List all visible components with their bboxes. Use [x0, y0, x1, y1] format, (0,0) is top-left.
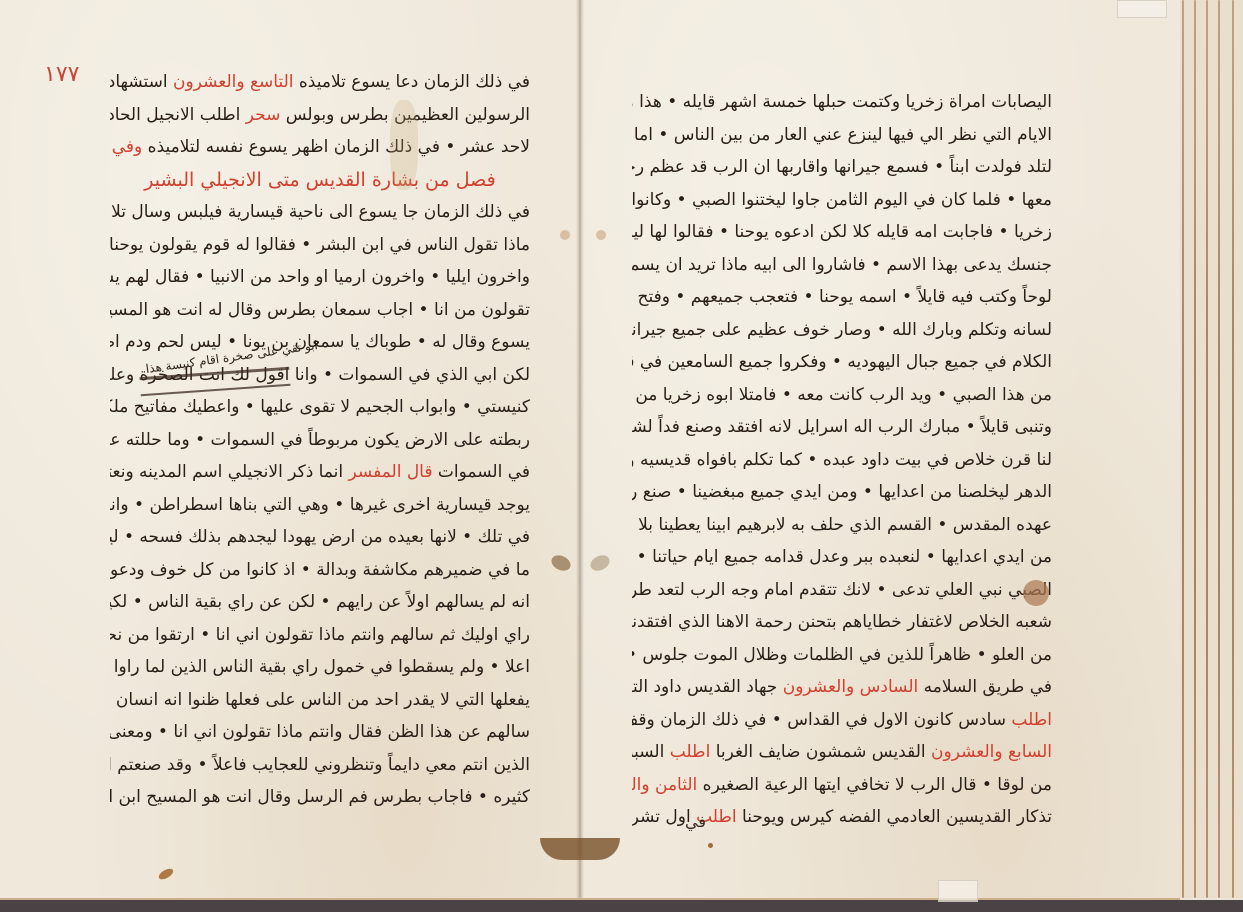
- text-line: لسانه وتكلم وبارك الله • وصار خوف عظيم ع…: [632, 314, 1052, 347]
- body-text: لوحاً وكتب فيه قايلاً • اسمه يوحنا • فتع…: [632, 287, 1052, 307]
- text-line: لوحاً وكتب فيه قايلاً • اسمه يوحنا • فتع…: [632, 281, 1052, 314]
- manuscript-spread: ١٧٧ في ذلك الزمان دعا يسوع تلاميذه التاس…: [0, 0, 1243, 900]
- rubric-text: السادس والعشرون: [783, 677, 919, 697]
- text-line: من ايدي اعدايها • لنعبده ببر وعدل قدامه …: [632, 541, 1052, 574]
- text-line: الكلام في جميع جبال اليهوديه • وفكروا جم…: [632, 346, 1052, 379]
- body-text: كثيره • فاجاب بطرس فم الرسل وقال انت هو …: [110, 787, 530, 807]
- repair-tape: [1117, 0, 1167, 18]
- body-text: يسوع وقال له • طوباك يا سمعان بن يونا • …: [110, 332, 530, 352]
- text-line: اليصابات امراة زخريا وكتمت حبلها خمسة اش…: [632, 86, 1052, 119]
- body-text: القديس شمشون ضايف الغربا: [710, 742, 931, 762]
- section-heading: فصل من بشارة القديس متى الانجيلي البشير: [110, 164, 530, 197]
- body-text: معها • فلما كان في اليوم الثامن جاوا ليخ…: [632, 190, 1052, 210]
- body-text: الايام التي نظر الي فيها لينزع عني العار…: [632, 125, 1052, 145]
- repair-tape: [938, 880, 978, 902]
- body-text: استشهاد: [110, 72, 173, 92]
- text-line: في ذلك الزمان دعا يسوع تلاميذه التاسع وا…: [110, 66, 530, 99]
- text-line: شعبه الخلاص لاغتفار خطاياهم بتحنن رحمة ا…: [632, 606, 1052, 639]
- text-line: الايام التي نظر الي فيها لينزع عني العار…: [632, 119, 1052, 152]
- text-line: كنيستي • وابواب الجحيم لا تقوى عليها • و…: [110, 391, 530, 424]
- body-text: انما ذكر الانجيلي اسم المدينه ونعتها • ل…: [110, 462, 349, 482]
- gutter-stain: [560, 230, 570, 240]
- stain-spot: [157, 867, 175, 882]
- rubric-text: اطلب: [670, 742, 711, 762]
- body-text: راي اوليك ثم سالهم وانتم ماذا تقولون اني…: [110, 625, 530, 645]
- text-line: معها • فلما كان في اليوم الثامن جاوا ليخ…: [632, 184, 1052, 217]
- text-line: في تلك • لانها بعيده من ارض يهودا ليجدهم…: [110, 521, 530, 554]
- folio-number: ١٧٧: [44, 62, 79, 87]
- text-line: في السموات قال المفسر انما ذكر الانجيلي …: [110, 456, 530, 489]
- body-text: جنسك يدعى بهذا الاسم • فاشاروا الى ابيه …: [632, 255, 1052, 275]
- text-line: ماذا تقول الناس في ابن البشر • فقالوا له…: [110, 229, 530, 262]
- water-stain: [390, 100, 418, 190]
- body-text: في طريق السلامه: [918, 677, 1052, 697]
- gutter-stain: [596, 230, 606, 240]
- left-page-text: في ذلك الزمان دعا يسوع تلاميذه التاسع وا…: [110, 66, 530, 814]
- text-line: السابع والعشرون القديس شمشون ضايف الغربا…: [632, 736, 1052, 769]
- body-text: في ذلك الزمان جا يسوع الى ناحية قيسارية …: [110, 202, 530, 222]
- text-line: يوجد قيسارية اخرى غيرها • وهي التي بناها…: [110, 489, 530, 522]
- body-text: في ذلك الزمان دعا يسوع تلاميذه: [293, 72, 530, 92]
- body-text: واخرون ايليا • واخرون ارميا او واحد من ا…: [110, 267, 530, 287]
- body-text: اطلب الانجيل الحادي عشر من: [110, 105, 246, 125]
- body-text: كنيستي • وابواب الجحيم لا تقوى عليها • و…: [110, 397, 530, 417]
- text-line: في طريق السلامه السادس والعشرون جهاد الق…: [632, 671, 1052, 704]
- body-text: شعبه الخلاص لاغتفار خطاياهم بتحنن رحمة ا…: [632, 612, 1052, 632]
- body-text: عهده المقدس • القسم الذي حلف به لابرهيم …: [632, 515, 1052, 535]
- body-text: اليصابات امراة زخريا وكتمت حبلها خمسة اش…: [632, 92, 1052, 112]
- body-text: لنا قرن خلاص في بيت داود عبده • كما تكلم…: [632, 450, 1052, 470]
- body-text: ماذا تقول الناس في ابن البشر • فقالوا له…: [110, 235, 530, 255]
- body-text: لتلد فولدت ابناً • فسمع جيرانها واقاربها…: [632, 157, 1052, 177]
- body-text: سادس كانون الاول في القداس • في ذلك الزم…: [632, 710, 1011, 730]
- text-line: سالهم عن هذا الظن فقال وانتم ماذا تقولون…: [110, 716, 530, 749]
- body-text: الذين انتم معي دايماً وتنظروني للعجايب ف…: [110, 755, 530, 775]
- body-text: ربطته على الارض يكون مربوطاً في السموات …: [110, 430, 530, 450]
- text-line: وتنبى قايلاً • مبارك الرب اله اسرايل لان…: [632, 411, 1052, 444]
- stain-spot: [1023, 580, 1049, 606]
- text-line: لتلد فولدت ابناً • فسمع جيرانها واقاربها…: [632, 151, 1052, 184]
- text-line: من لوقا • قال الرب لا تخافي ايتها الرعية…: [632, 769, 1052, 802]
- text-line: راي اوليك ثم سالهم وانتم ماذا تقولون اني…: [110, 619, 530, 652]
- body-text: السبت الحادي عشر: [632, 742, 670, 762]
- rubric-text: الثامن والعشرون: [632, 775, 697, 795]
- rubric-text: سحر: [246, 105, 281, 125]
- text-line: من هذا الصبي • ويد الرب كانت معه • فامتل…: [632, 379, 1052, 412]
- body-text: في تلك • لانها بعيده من ارض يهودا ليجدهم…: [110, 527, 530, 547]
- binding-thread: [540, 838, 620, 860]
- catchword: في: [685, 812, 706, 831]
- right-page: اليصابات امراة زخريا وكتمت حبلها خمسة اش…: [580, 0, 1180, 900]
- body-text: من العلو • ظاهراً للذين في الظلمات وظلال…: [632, 645, 1052, 665]
- rubric-text: التاسع والعشرون: [173, 72, 293, 92]
- body-text: انه لم يسالهم اولاً عن رايهم • لكن عن را…: [110, 592, 530, 612]
- text-line: ما في ضميرهم مكاشفة وبدالة • اذ كانوا من…: [110, 554, 530, 587]
- body-text: تذكار القديسين العادمي الفضه كيرس ويوحنا: [737, 807, 1052, 827]
- body-text: لاحد عشر • في ذلك الزمان اظهر يسوع نفسه …: [142, 137, 530, 157]
- text-line: الدهر ليخلصنا من اعدايها • ومن ايدي جميع…: [632, 476, 1052, 509]
- rubric-text: السابع والعشرون: [931, 742, 1052, 762]
- text-line: من العلو • ظاهراً للذين في الظلمات وظلال…: [632, 639, 1052, 672]
- body-text: تقولون من انا • اجاب سمعان بطرس وقال له …: [110, 300, 530, 320]
- right-page-text: اليصابات امراة زخريا وكتمت حبلها خمسة اش…: [632, 86, 1052, 834]
- left-page: ١٧٧ في ذلك الزمان دعا يسوع تلاميذه التاس…: [0, 0, 580, 900]
- body-text: لسانه وتكلم وبارك الله • وصار خوف عظيم ع…: [632, 320, 1052, 340]
- text-line: اعلا • ولم يسقطوا في خمول راي بقية الناس…: [110, 651, 530, 684]
- text-line: الصبي نبي العلي تدعى • لانك تتقدم امام و…: [632, 574, 1052, 607]
- text-line: لنا قرن خلاص في بيت داود عبده • كما تكلم…: [632, 444, 1052, 477]
- body-text: وتنبى قايلاً • مبارك الرب اله اسرايل لان…: [632, 417, 1052, 437]
- body-text: يوجد قيسارية اخرى غيرها • وهي التي بناها…: [110, 495, 530, 515]
- rubric-text: قال المفسر: [349, 462, 433, 482]
- text-line: انه لم يسالهم اولاً عن رايهم • لكن عن را…: [110, 586, 530, 619]
- text-line: واخرون ايليا • واخرون ارميا او واحد من ا…: [110, 261, 530, 294]
- text-line: زخريا • فاجابت امه قايله كلا لكن ادعوه ي…: [632, 216, 1052, 249]
- text-line: الذين انتم معي دايماً وتنظروني للعجايب ف…: [110, 749, 530, 782]
- text-line: في ذلك الزمان جا يسوع الى ناحية قيسارية …: [110, 196, 530, 229]
- body-text: الصبي نبي العلي تدعى • لانك تتقدم امام و…: [632, 580, 1052, 600]
- text-line: عهده المقدس • القسم الذي حلف به لابرهيم …: [632, 509, 1052, 542]
- text-line: لاحد عشر • في ذلك الزمان اظهر يسوع نفسه …: [110, 131, 530, 164]
- page-edges: [1180, 0, 1243, 898]
- body-text: من لوقا • قال الرب لا تخافي ايتها الرعية…: [697, 775, 1052, 795]
- rubric-text: اطلب: [1011, 710, 1052, 730]
- body-text: يفعلها التي لا يقدر احد من الناس على فعل…: [110, 690, 530, 710]
- text-line: يفعلها التي لا يقدر احد من الناس على فعل…: [110, 684, 530, 717]
- body-text: الدهر ليخلصنا من اعدايها • ومن ايدي جميع…: [632, 482, 1052, 502]
- text-line: جنسك يدعى بهذا الاسم • فاشاروا الى ابيه …: [632, 249, 1052, 282]
- stain-spot: [708, 843, 713, 848]
- text-line: تقولون من انا • اجاب سمعان بطرس وقال له …: [110, 294, 530, 327]
- text-line: اطلب سادس كانون الاول في القداس • في ذلك…: [632, 704, 1052, 737]
- body-text: زخريا • فاجابت امه قايله كلا لكن ادعوه ي…: [632, 222, 1052, 242]
- body-text: سالهم عن هذا الظن فقال وانتم ماذا تقولون…: [110, 722, 530, 742]
- text-line: يسوع وقال له • طوباك يا سمعان بن يونا • …: [110, 326, 530, 359]
- body-text: جهاد القديس داود التسالونيكي: [632, 677, 783, 697]
- rubric-text: وفي القداس: [110, 137, 142, 157]
- body-text: من ايدي اعدايها • لنعبده ببر وعدل قدامه …: [632, 547, 1052, 567]
- text-line: الرسولين العظيمين بطرس وبولس سحر اطلب ال…: [110, 99, 530, 132]
- body-text: الكلام في جميع جبال اليهوديه • وفكروا جم…: [632, 352, 1052, 372]
- body-text: اعلا • ولم يسقطوا في خمول راي بقية الناس…: [110, 657, 530, 677]
- body-text: من هذا الصبي • ويد الرب كانت معه • فامتل…: [632, 385, 1052, 405]
- book-gutter: [576, 0, 584, 898]
- body-text: ما في ضميرهم مكاشفة وبدالة • اذ كانوا من…: [110, 560, 530, 580]
- text-line: كثيره • فاجاب بطرس فم الرسل وقال انت هو …: [110, 781, 530, 814]
- text-line: ربطته على الارض يكون مربوطاً في السموات …: [110, 424, 530, 457]
- body-text: في السموات: [432, 462, 530, 482]
